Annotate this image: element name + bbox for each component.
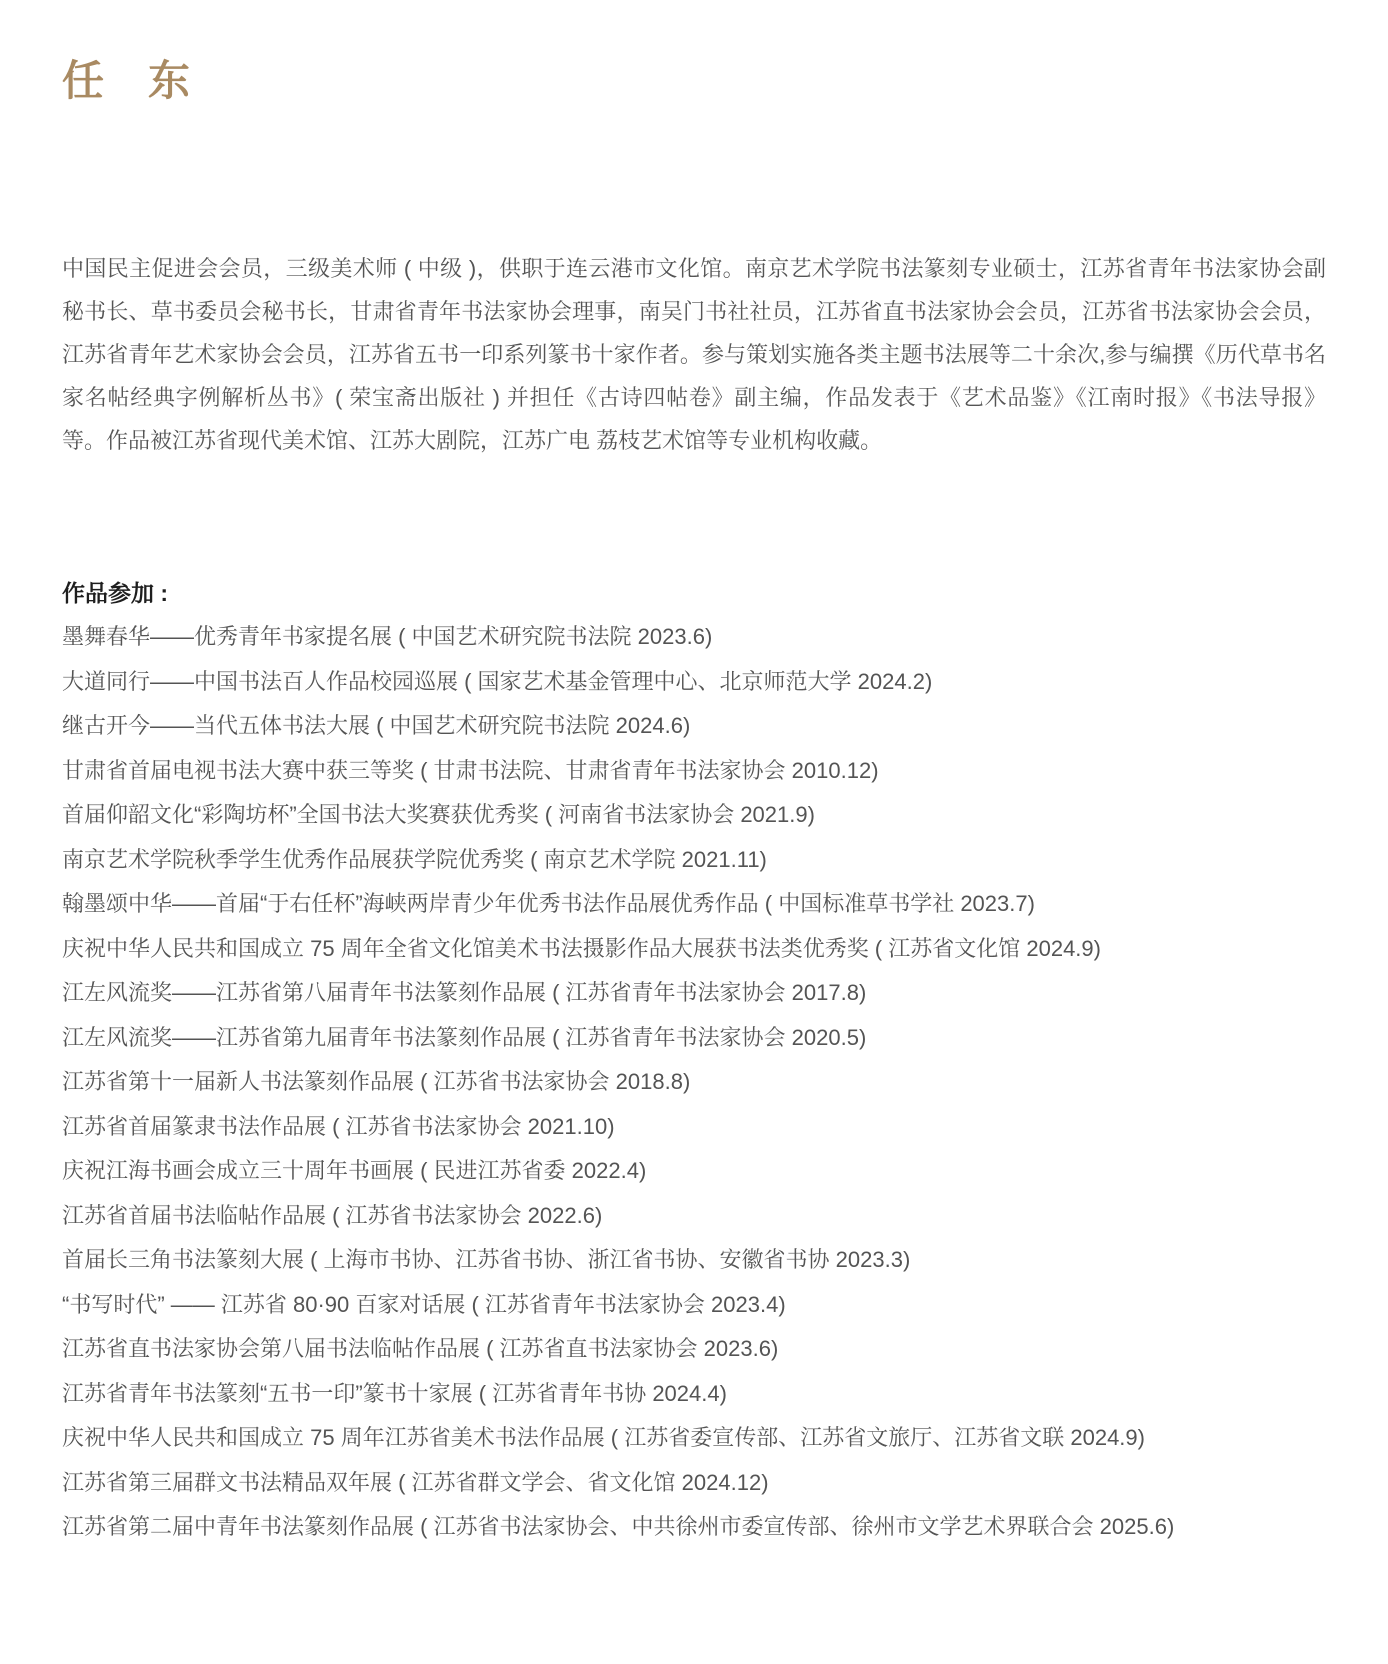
exhibition-list-item: 首届仰韶文化“彩陶坊杯”全国书法大奖赛获优秀奖 ( 河南省书法家协会 2021.… (62, 793, 1326, 838)
exhibition-list-item: 继古开今——当代五体书法大展 ( 中国艺术研究院书法院 2024.6) (62, 704, 1326, 749)
exhibition-list-item: 江苏省首届书法临帖作品展 ( 江苏省书法家协会 2022.6) (62, 1194, 1326, 1239)
exhibition-list-item: “书写时代” —— 江苏省 80·90 百家对话展 ( 江苏省青年书法家协会 2… (62, 1283, 1326, 1328)
exhibition-list-item: 江苏省首届篆隶书法作品展 ( 江苏省书法家协会 2021.10) (62, 1105, 1326, 1150)
exhibition-list: 墨舞春华——优秀青年书家提名展 ( 中国艺术研究院书法院 2023.6)大道同行… (62, 615, 1326, 1550)
exhibition-list-item: 江苏省直书法家协会第八届书法临帖作品展 ( 江苏省直书法家协会 2023.6) (62, 1327, 1326, 1372)
artist-bio-paragraph: 中国民主促进会会员，三级美术师 ( 中级 )，供职于连云港市文化馆。南京艺术学院… (62, 247, 1326, 462)
exhibition-list-item: 翰墨颂中华——首届“于右任杯”海峡两岸青少年优秀书法作品展优秀作品 ( 中国标准… (62, 882, 1326, 927)
exhibition-list-item: 墨舞春华——优秀青年书家提名展 ( 中国艺术研究院书法院 2023.6) (62, 615, 1326, 660)
exhibition-list-item: 江苏省青年书法篆刻“五书一印”篆书十家展 ( 江苏省青年书协 2024.4) (62, 1372, 1326, 1417)
exhibition-list-item: 庆祝中华人民共和国成立 75 周年全省文化馆美术书法摄影作品大展获书法类优秀奖 … (62, 927, 1326, 972)
exhibition-list-item: 庆祝中华人民共和国成立 75 周年江苏省美术书法作品展 ( 江苏省委宣传部、江苏… (62, 1416, 1326, 1461)
exhibition-list-item: 江苏省第十一届新人书法篆刻作品展 ( 江苏省书法家协会 2018.8) (62, 1060, 1326, 1105)
exhibition-list-item: 江苏省第三届群文书法精品双年展 ( 江苏省群文学会、省文化馆 2024.12) (62, 1461, 1326, 1506)
exhibition-list-item: 江左风流奖——江苏省第九届青年书法篆刻作品展 ( 江苏省青年书法家协会 2020… (62, 1016, 1326, 1061)
exhibition-list-item: 南京艺术学院秋季学生优秀作品展获学院优秀奖 ( 南京艺术学院 2021.11) (62, 838, 1326, 883)
exhibition-list-item: 甘肃省首届电视书法大赛中获三等奖 ( 甘肃书法院、甘肃省青年书法家协会 2010… (62, 749, 1326, 794)
exhibition-list-item: 大道同行——中国书法百人作品校园巡展 ( 国家艺术基金管理中心、北京师范大学 2… (62, 660, 1326, 705)
exhibition-list-item: 庆祝江海书画会成立三十周年书画展 ( 民进江苏省委 2022.4) (62, 1149, 1326, 1194)
artist-profile-page: 任 东 中国民主促进会会员，三级美术师 ( 中级 )，供职于连云港市文化馆。南京… (0, 0, 1388, 1664)
exhibition-list-item: 江苏省第二届中青年书法篆刻作品展 ( 江苏省书法家协会、中共徐州市委宣传部、徐州… (62, 1505, 1326, 1550)
exhibition-list-item: 首届长三角书法篆刻大展 ( 上海市书协、江苏省书协、浙江省书协、安徽省书协 20… (62, 1238, 1326, 1283)
section-heading-exhibitions: 作品参加 : (62, 579, 1326, 607)
page-title: 任 东 (62, 56, 1326, 106)
exhibition-list-item: 江左风流奖——江苏省第八届青年书法篆刻作品展 ( 江苏省青年书法家协会 2017… (62, 971, 1326, 1016)
